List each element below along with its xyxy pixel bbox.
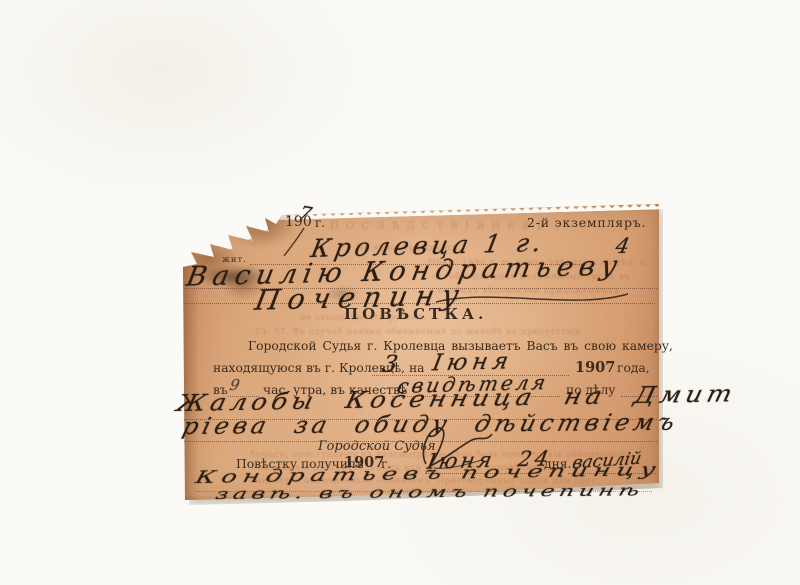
scanned-summons-page: П О С Л Ѣ Д С Т В І Я Н Е Я В Не явясь г… <box>0 0 800 585</box>
ink-smudge <box>320 284 366 304</box>
bleedthrough-line: Ст. 57. Въ случаѣ неявки обвиняемый по ж… <box>255 327 581 337</box>
pen-flourish-year <box>280 226 310 258</box>
pen-swash-surname <box>432 286 632 312</box>
body-line-2-b: года, <box>617 361 650 375</box>
body-line-2-year: 1907 <box>575 359 615 376</box>
handwritten-receipt-line-3: завѣ. въ ономъ почепинѣ <box>214 481 646 503</box>
judge-signature <box>408 420 498 472</box>
year-field-suffix: г. <box>315 216 325 230</box>
ink-smudge <box>185 260 278 293</box>
